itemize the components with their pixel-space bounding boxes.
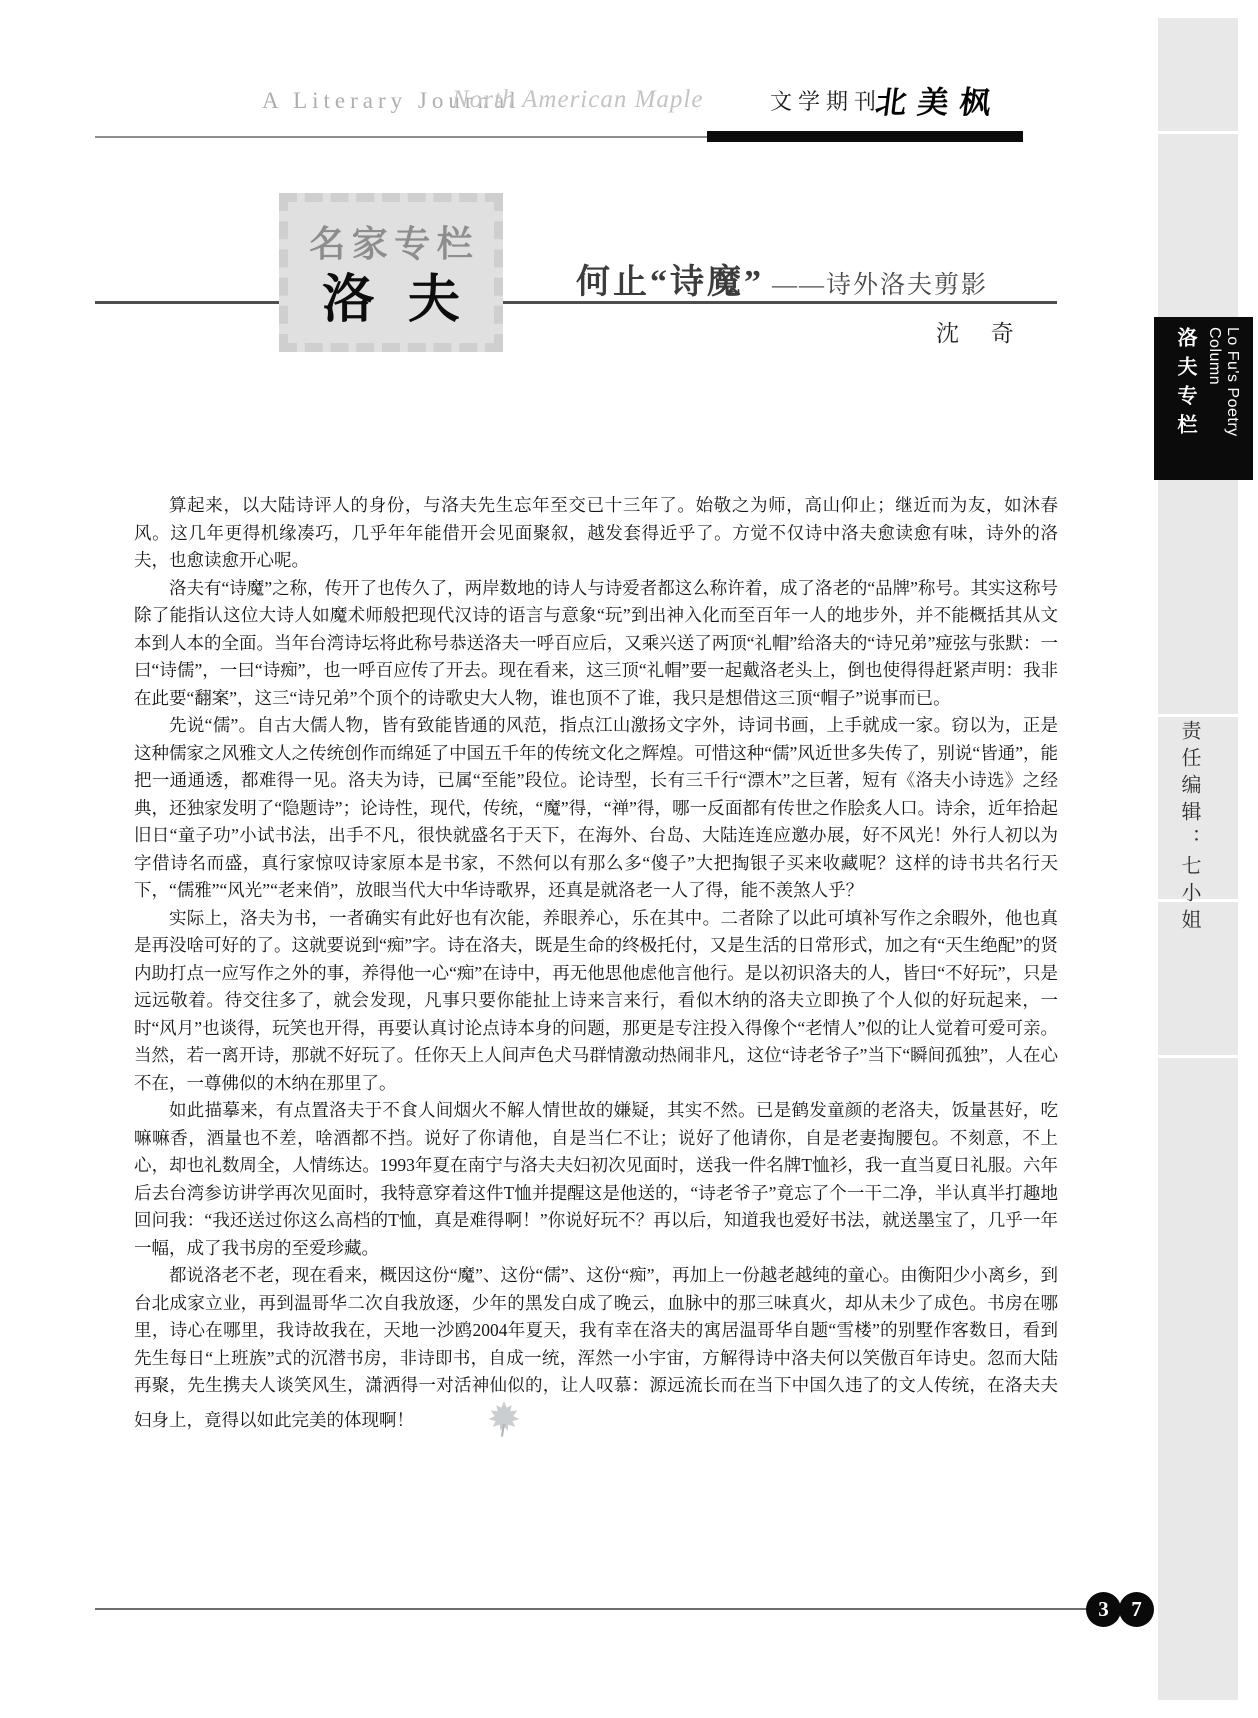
article-title: 何止“诗魔”——诗外洛夫剪影: [576, 254, 988, 303]
column-box: 名家专栏 洛夫: [279, 193, 503, 352]
column-box-label: 名家专栏: [288, 216, 494, 267]
header-rule: [95, 136, 711, 138]
paragraph: 实际上，洛夫为书，一者确实有此好也有次能，养眼养心，乐在其中。二者除了以此可填补…: [134, 905, 1058, 1098]
article-subtitle: ——诗外洛夫剪影: [772, 272, 988, 299]
page: A Literary Journal North American Maple …: [0, 0, 1258, 1718]
page-number-left: 3: [1086, 1592, 1121, 1627]
editor-note: 责任编辑：七小姐: [1175, 720, 1204, 936]
article-body: 算起来，以大陆诗评人的身份，与洛夫先生忘年至交已十三年了。始敬之为师，高山仰止；…: [134, 492, 1058, 1446]
maple-leaf-icon: [452, 1400, 521, 1447]
paragraph: 先说“儒”。自古大儒人物，皆有致能皆通的风范，指点江山激扬文字外，诗词书画，上手…: [134, 712, 1058, 905]
footer-rule: [95, 1608, 1087, 1610]
column-box-name: 洛夫: [288, 275, 494, 327]
journal-title-script: North American Maple: [452, 86, 703, 114]
paragraph: 都说洛老不老，现在看来，概因这份“魔”、这份“儒”、这份“痴”，再加上一份越老越…: [134, 1262, 1058, 1446]
paragraph: 算起来，以大陆诗评人的身份，与洛夫先生忘年至交已十三年了。始敬之为师，高山仰止；…: [134, 492, 1058, 575]
strip-divider: [1158, 1055, 1238, 1058]
strip-divider: [1158, 131, 1238, 134]
column-banner: 洛夫专栏 Lo Fu's Poetry Column: [1154, 317, 1253, 480]
paragraph: 如此描摹来，有点置洛夫于不食人间烟火不解人情世故的嫌疑，其实不然。已是鹤发童颜的…: [134, 1097, 1058, 1262]
strip-divider: [1158, 714, 1238, 717]
header-rule-black: [707, 131, 1023, 142]
column-banner-en: Lo Fu's Poetry Column: [1205, 327, 1241, 472]
journal-name-cn: 北美枫: [873, 77, 1005, 122]
column-banner-cn: 洛夫专栏: [1171, 327, 1200, 472]
page-number-right: 7: [1119, 1592, 1154, 1627]
article-author: 沈 奇: [936, 315, 1027, 348]
article-title-main: 何止“诗魔”: [576, 264, 764, 301]
journal-type-cn: 文学期刊: [770, 85, 882, 116]
paragraph: 洛夫有“诗魔”之称，传开了也传久了，两岸数地的诗人与诗爱者都这么称许着，成了洛老…: [134, 575, 1058, 713]
